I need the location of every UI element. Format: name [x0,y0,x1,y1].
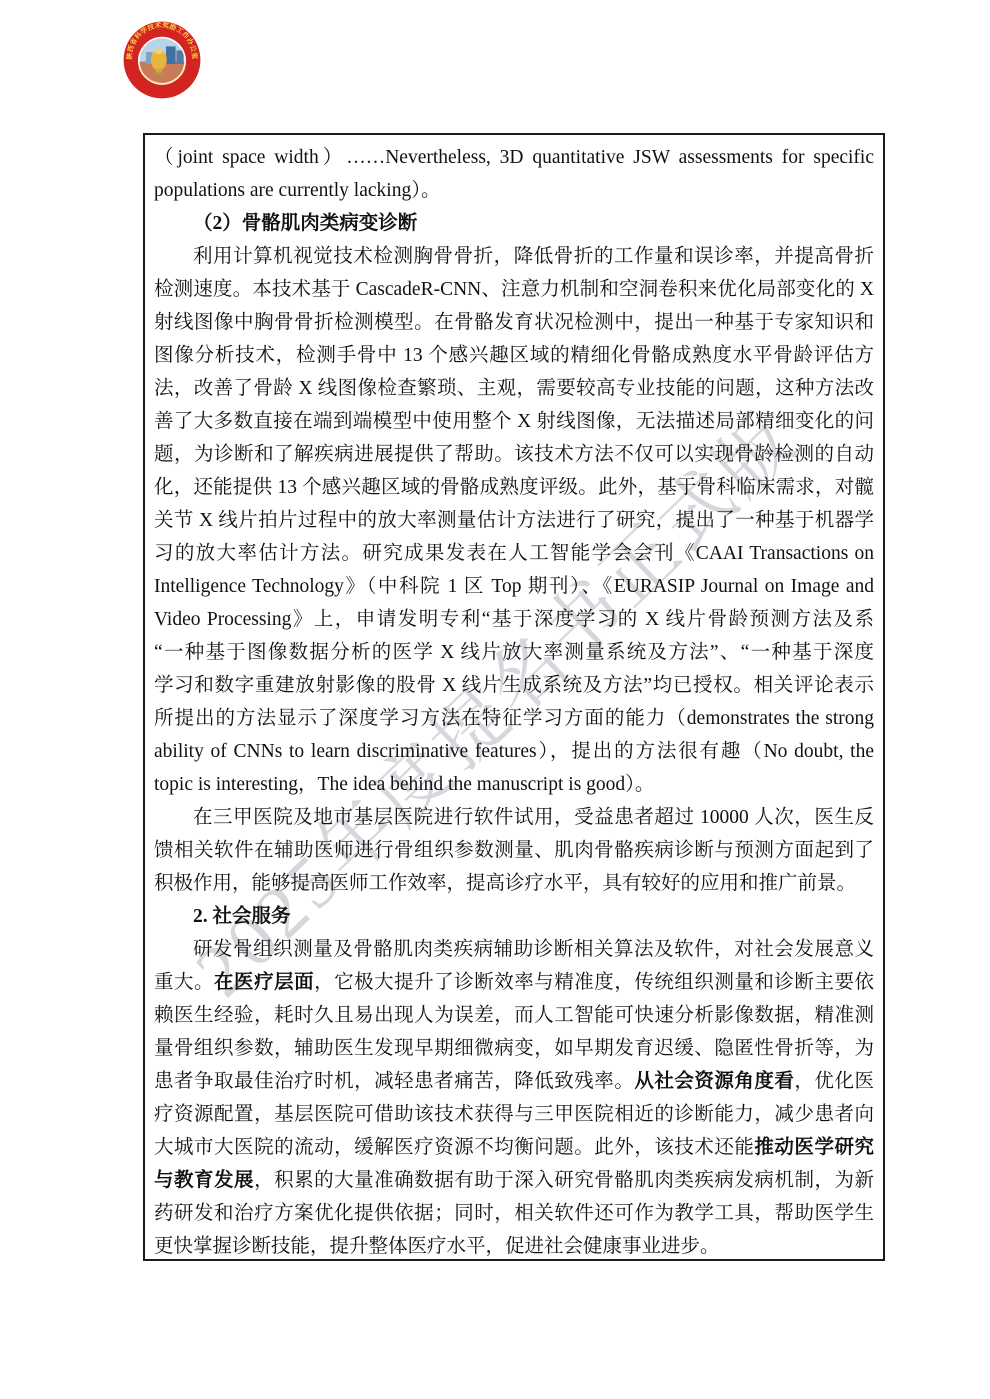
text-line: Intelligence Technology》（中科院 1 区 Top 期刊）… [154,570,874,603]
text-line: 疗资源配置，基层医院可借助该技术获得与三甲医院相近的诊断能力，减少患者向 [154,1098,874,1131]
bold-text-segment: 在医疗层面 [214,972,314,993]
document-table-cell: （joint space width）……Nevertheless, 3D qu… [143,133,885,1261]
text-segment: 重大。 [154,972,214,993]
text-line: 馈相关软件在辅助医师进行骨组织参数测量、肌肉骨骼疾病诊断与预测方面起到了 [154,834,874,867]
text-line: 善了大多数直接在端到端模型中使用整个 X 射线图像，无法描述局部精细变化的问 [154,405,874,438]
text-segment: 馈相关软件在辅助医师进行骨组织参数测量、肌肉骨骼疾病诊断与预测方面起到了 [154,840,874,861]
text-line: 重大。在医疗层面，它极大提升了诊断效率与精准度，传统组织测量和诊断主要依 [154,966,874,999]
text-line: 量骨组织参数，辅助医生发现早期细微病变，如早期发育迟缓、隐匿性骨折等，为 [154,1032,874,1065]
text-segment: 图像分析技术，检测手骨中 13 个感兴趣区域的精细化骨骼成熟度水平骨龄评估方 [154,345,874,366]
text-line: Video Processing》上，申请发明专利“基于深度学习的 X 线片骨龄… [154,603,874,636]
text-segment: （joint space width）……Nevertheless, 3D qu… [154,147,874,168]
text-segment: 在三甲医院及地市基层医院进行软件试用，受益患者超过 10000 人次，医生反 [193,807,874,828]
text-segment: 更快掌握诊断技能，提升整体医疗水平，促进社会健康事业进步。 [154,1236,720,1257]
text-line: 大城市大医院的流动，缓解医疗资源不均衡问题。此外，该技术还能推动医学研究 [154,1131,874,1164]
text-segment: 利用计算机视觉技术检测胸骨骨折，降低骨折的工作量和误诊率，并提高骨折 [193,246,874,267]
text-line: 在三甲医院及地市基层医院进行软件试用，受益患者超过 10000 人次，医生反 [154,801,874,834]
text-segment: Video Processing》上，申请发明专利“基于深度学习的 X 线片骨龄… [154,609,874,636]
text-line: populations are currently lacking）。 [154,174,874,207]
text-segment: 量骨组织参数，辅助医生发现早期细微病变，如早期发育迟缓、隐匿性骨折等，为 [154,1038,874,1059]
text-line: ability of CNNs to learn discriminative … [154,735,874,768]
text-segment: 习的放大率估计方法。研究成果发表在人工智能学会会刊《CAAI Transacti… [154,543,874,564]
text-segment: “一种基于图像数据分析的医学 X 线片放大率测量系统及方法”、“一种基于深度 [154,642,874,663]
text-segment: 善了大多数直接在端到端模型中使用整个 X 射线图像，无法描述局部精细变化的问 [154,411,874,432]
text-segment: 关节 X 线片拍片过程中的放大率测量估计方法进行了研究，提出了一种基于机器学 [154,510,874,531]
text-segment: 所提出的方法显示了深度学习方法在特征学习方面的能力（demonstrates t… [154,708,874,729]
text-line: （joint space width）……Nevertheless, 3D qu… [154,141,874,174]
text-line: 2. 社会服务 [154,900,874,933]
document-body: （joint space width）……Nevertheless, 3D qu… [154,141,874,1263]
text-line: 研发骨组织测量及骨骼肌肉类疾病辅助诊断相关算法及软件，对社会发展意义 [154,933,874,966]
text-line: 图像分析技术，检测手骨中 13 个感兴趣区域的精细化骨骼成熟度水平骨龄评估方 [154,339,874,372]
bold-text-segment: 推动医学研究 [754,1137,874,1158]
text-segment: ，它极大提升了诊断效率与精准度，传统组织测量和诊断主要依 [314,972,874,993]
bold-text-segment: 从社会资源角度看 [634,1071,794,1092]
text-segment: 学习和数字重建放射影像的股骨 X 线片生成系统及方法”均已授权。相关评论表示 [154,675,874,696]
text-segment: populations are currently lacking）。 [154,180,440,201]
text-segment: topic is interesting，The idea behind the… [154,774,654,795]
text-segment: 化，还能提供 13 个感兴趣区域的骨骼成熟度评级。此外，基于骨科临床需求，对髋 [154,477,874,498]
text-line: topic is interesting，The idea behind the… [154,768,874,801]
text-line: 法，改善了骨龄 X 线图像检查繁琐、主观，需要较高专业技能的问题，这种方法改 [154,372,874,405]
text-segment: ，积累的大量准确数据有助于深入研究骨骼肌肉类疾病发病机制，为新 [254,1170,874,1191]
text-line: 药研发和治疗方案优化提供依据；同时，相关软件还可作为教学工具，帮助医学生 [154,1197,874,1230]
text-line: 题，为诊断和了解疾病进展提供了帮助。该技术方法不仅可以实现骨龄检测的自动 [154,438,874,471]
text-segment: ability of CNNs to learn discriminative … [154,741,874,762]
text-segment: 疗资源配置，基层医院可借助该技术获得与三甲医院相近的诊断能力，减少患者向 [154,1104,874,1125]
bold-text-segment: 与教育发展 [154,1170,254,1191]
text-line: 学习和数字重建放射影像的股骨 X 线片生成系统及方法”均已授权。相关评论表示 [154,669,874,702]
text-line: 习的放大率估计方法。研究成果发表在人工智能学会会刊《CAAI Transacti… [154,537,874,570]
text-line: 利用计算机视觉技术检测胸骨骨折，降低骨折的工作量和误诊率，并提高骨折 [154,240,874,273]
text-line: 与教育发展，积累的大量准确数据有助于深入研究骨骼肌肉类疾病发病机制，为新 [154,1164,874,1197]
text-line: （2）骨骼肌肉类病变诊断 [154,207,874,240]
text-line: 赖医生经验，耗时久且易出现人为误差，而人工智能可快速分析影像数据，精准测 [154,999,874,1032]
text-line: “一种基于图像数据分析的医学 X 线片放大率测量系统及方法”、“一种基于深度 [154,636,874,669]
text-line: 更快掌握诊断技能，提升整体医疗水平，促进社会健康事业进步。 [154,1230,874,1263]
text-line: 积极作用，能够提高医师工作效率，提高诊疗水平，具有较好的应用和推广前景。 [154,867,874,900]
text-line: 关节 X 线片拍片过程中的放大率测量估计方法进行了研究，提出了一种基于机器学 [154,504,874,537]
bold-text-segment: 2. 社会服务 [193,906,291,927]
text-segment: 检测速度。本技术基于 CascadeR-CNN、注意力机制和空洞卷积来优化局部变… [154,279,874,300]
text-segment: 法，改善了骨龄 X 线图像检查繁琐、主观，需要较高专业技能的问题，这种方法改 [154,378,874,399]
text-segment: 研发骨组织测量及骨骼肌肉类疾病辅助诊断相关算法及软件，对社会发展意义 [193,939,874,960]
text-line: 射线图像中胸骨骨折检测模型。在骨骼发育状况检测中，提出一种基于专家知识和 [154,306,874,339]
text-segment: 药研发和治疗方案优化提供依据；同时，相关软件还可作为教学工具，帮助医学生 [154,1203,874,1224]
text-segment: 射线图像中胸骨骨折检测模型。在骨骼发育状况检测中，提出一种基于专家知识和 [154,312,874,333]
text-line: 所提出的方法显示了深度学习方法在特征学习方面的能力（demonstrates t… [154,702,874,735]
text-segment: 赖医生经验，耗时久且易出现人为误差，而人工智能可快速分析影像数据，精准测 [154,1005,874,1026]
scanned-nomination-page: { "seal": { "top_text": "陕西省科学技术奖励工作办公室"… [0,0,990,1399]
text-segment: 题，为诊断和了解疾病进展提供了帮助。该技术方法不仅可以实现骨龄检测的自动 [154,444,874,465]
text-segment: Intelligence Technology》（中科院 1 区 Top 期刊）… [154,576,874,597]
text-line: 患者争取最佳治疗时机，减轻患者痛苦，降低致残率。从社会资源角度看，优化医 [154,1065,874,1098]
text-line: 化，还能提供 13 个感兴趣区域的骨骼成熟度评级。此外，基于骨科临床需求，对髋 [154,471,874,504]
text-segment: ，优化医 [794,1071,874,1092]
text-segment: 患者争取最佳治疗时机，减轻患者痛苦，降低致残率。 [154,1071,634,1092]
bold-text-segment: （2）骨骼肌肉类病变诊断 [193,213,417,234]
text-segment: 积极作用，能够提高医师工作效率，提高诊疗水平，具有较好的应用和推广前景。 [154,873,856,894]
text-line: 检测速度。本技术基于 CascadeR-CNN、注意力机制和空洞卷积来优化局部变… [154,273,874,306]
organization-seal: 陕西省科学技术奖励工作办公室 SHAANXI OFFICE OF SCIENCE… [122,20,202,100]
text-segment: 大城市大医院的流动，缓解医疗资源不均衡问题。此外，该技术还能 [154,1137,754,1158]
